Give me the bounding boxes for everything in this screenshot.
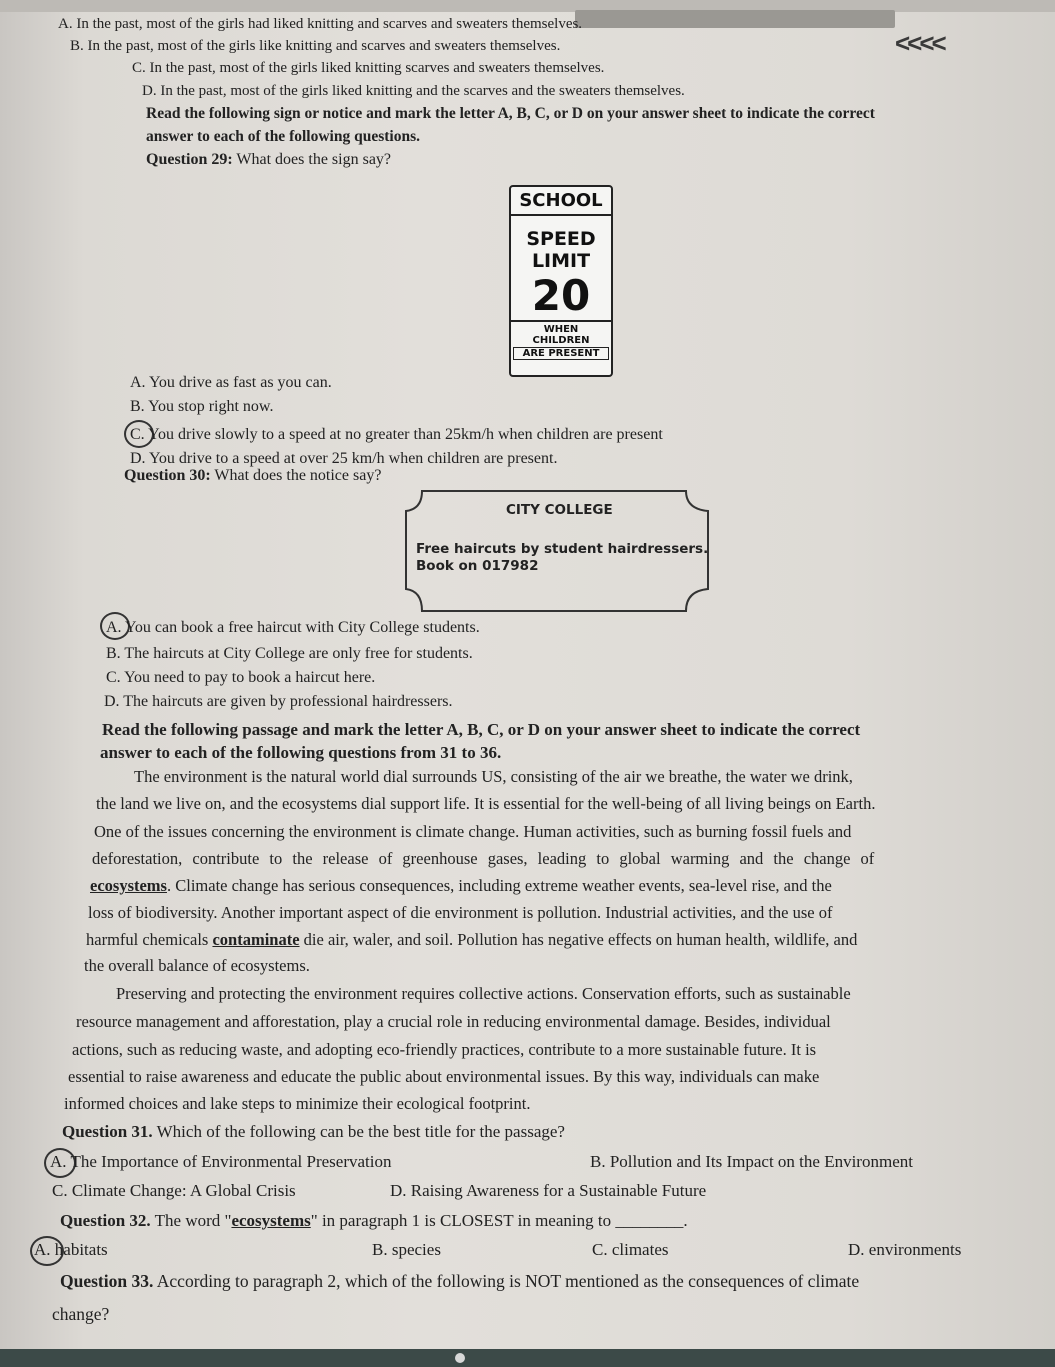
q32-option-b: B. species bbox=[372, 1240, 441, 1260]
q30-option-b: B. The haircuts at City College are only… bbox=[106, 644, 473, 664]
question-29: Question 29: What does the sign say? bbox=[146, 150, 391, 170]
underlined-word-ecosystems: ecosystems bbox=[90, 876, 167, 895]
question-31: Question 31. Which of the following can … bbox=[62, 1122, 565, 1142]
q30-option-c: C. You need to pay to book a haircut her… bbox=[106, 668, 375, 688]
passage-p1-line5: ecosystems. Climate change has serious c… bbox=[90, 876, 832, 896]
prev-option-b: B. In the past, most of the girls like k… bbox=[70, 36, 560, 56]
sign-are-present: ARE PRESENT bbox=[513, 347, 609, 360]
question-33-line2: change? bbox=[52, 1304, 109, 1324]
question-30: Question 30: What does the notice say? bbox=[124, 466, 381, 486]
chevron-marks: <<<< bbox=[895, 28, 944, 59]
passage-instruction-line1: Read the following passage and mark the … bbox=[102, 720, 860, 740]
sign-speed-number: 20 bbox=[511, 272, 611, 320]
passage-p2-line4: essential to raise awareness and educate… bbox=[68, 1067, 819, 1087]
sign-when: WHEN bbox=[511, 320, 611, 335]
passage-instruction-line2: answer to each of the following question… bbox=[100, 743, 501, 763]
sign-instruction-line2: answer to each of the following question… bbox=[146, 127, 420, 147]
notice-title: CITY COLLEGE bbox=[506, 502, 613, 518]
prev-option-a: A. In the past, most of the girls had li… bbox=[58, 14, 582, 34]
passage-p2-line1: Preserving and protecting the environmen… bbox=[116, 984, 851, 1004]
q29-option-b: B. You stop right now. bbox=[130, 397, 273, 417]
prev-option-d: D. In the past, most of the girls liked … bbox=[142, 81, 685, 101]
bottom-dot bbox=[455, 1353, 465, 1363]
tape-strip bbox=[575, 10, 895, 28]
sign-instruction-line1: Read the following sign or notice and ma… bbox=[146, 104, 875, 124]
q31-option-b: B. Pollution and Its Impact on the Envir… bbox=[590, 1152, 913, 1172]
sign-speed: SPEED bbox=[511, 228, 611, 250]
q31-option-a: A. The Importance of Environmental Prese… bbox=[50, 1152, 391, 1172]
notice-line2: Book on 017982 bbox=[416, 558, 538, 574]
bottom-edge bbox=[0, 1349, 1055, 1367]
q32-option-d: D. environments bbox=[848, 1240, 961, 1260]
prev-option-c: C. In the past, most of the girls liked … bbox=[132, 58, 604, 78]
school-speed-limit-sign: SCHOOL SPEED LIMIT 20 WHEN CHILDREN ARE … bbox=[509, 185, 613, 377]
passage-p2-line2: resource management and afforestation, p… bbox=[76, 1012, 831, 1032]
q29-option-c: C. You drive slowly to a speed at no gre… bbox=[130, 425, 663, 445]
passage-p1-line8: the overall balance of ecosystems. bbox=[84, 956, 310, 976]
passage-p2-line5: informed choices and lake steps to minim… bbox=[64, 1094, 530, 1114]
question-32: Question 32. The word "ecosystems" in pa… bbox=[60, 1211, 688, 1231]
notice-line1: Free haircuts by student hairdressers. bbox=[416, 541, 708, 557]
passage-p1-line6: loss of biodiversity. Another important … bbox=[88, 903, 833, 923]
sign-limit: LIMIT bbox=[511, 250, 611, 272]
passage-p1-line2: the land we live on, and the ecosystems … bbox=[96, 794, 875, 814]
sign-school: SCHOOL bbox=[511, 187, 611, 216]
underlined-word-contaminate: contaminate bbox=[212, 930, 299, 949]
city-college-notice: CITY COLLEGE Free haircuts by student ha… bbox=[404, 489, 710, 613]
q30-option-d: D. The haircuts are given by professiona… bbox=[104, 692, 453, 712]
q32-option-a: A. habitats bbox=[34, 1240, 108, 1260]
q31-option-c: C. Climate Change: A Global Crisis bbox=[52, 1181, 296, 1201]
paper-edge bbox=[0, 0, 1055, 12]
q32-option-c: C. climates bbox=[592, 1240, 669, 1260]
q29-option-a: A. You drive as fast as you can. bbox=[130, 373, 332, 393]
passage-p1-line3: One of the issues concerning the environ… bbox=[94, 822, 851, 842]
passage-p1-line1: The environment is the natural world dia… bbox=[134, 767, 853, 787]
question-33: Question 33. According to paragraph 2, w… bbox=[60, 1271, 859, 1291]
passage-p2-line3: actions, such as reducing waste, and ado… bbox=[72, 1040, 816, 1060]
passage-p1-line7: harmful chemicals contaminate die air, w… bbox=[86, 930, 857, 950]
q31-option-d: D. Raising Awareness for a Sustainable F… bbox=[390, 1181, 706, 1201]
passage-p1-line4: deforestation, contribute to the release… bbox=[92, 849, 874, 869]
sign-children: CHILDREN bbox=[511, 335, 611, 346]
q30-option-a: A. You can book a free haircut with City… bbox=[106, 618, 480, 638]
